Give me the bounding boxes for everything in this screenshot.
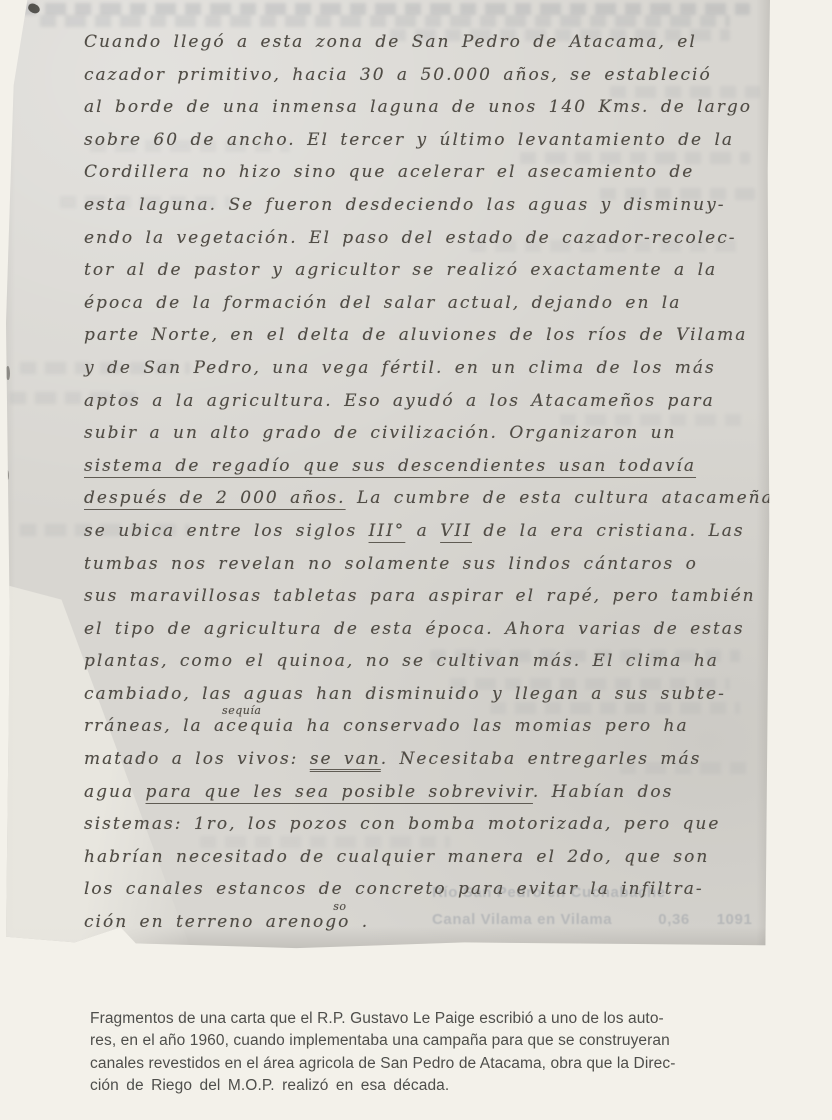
inserted-correction: so (333, 901, 346, 912)
letter-text: go (325, 912, 350, 932)
handwritten-line: ción en terreno arenosogo . (84, 906, 760, 939)
letter-text-underlined: VII (440, 521, 472, 541)
handwritten-line: tor al de pastor y agricultor se realizó… (84, 254, 760, 287)
letter-text: subir a un alto grado de civilización. O… (84, 423, 677, 443)
caption-line: Fragmentos de una carta que el R.P. Gust… (90, 1008, 750, 1030)
handwritten-line: rráneas, la sequíaacequia ha conservado … (84, 710, 760, 743)
letter-text: se ubica entre los siglos (84, 521, 369, 541)
handwritten-line: después de 2 000 años. La cumbre de esta… (84, 482, 760, 515)
bleedthrough-streak (20, 3, 750, 15)
letter-text: matado a los vivos: (84, 749, 310, 769)
letter-text-underlined: sistema de regadío que sus descendientes… (84, 456, 696, 476)
letter-text: . Habían dos (533, 782, 673, 802)
letter-text: ha conservado las momias pero ha (295, 716, 688, 736)
handwritten-line: aptos a la agricultura. Eso ayudó a los … (84, 385, 760, 418)
letter-text: habrían necesitado de cualquier manera e… (84, 847, 709, 867)
letter-text: plantas, como el quinoa, no se cultivan … (84, 651, 719, 671)
letter-text: . Necesitaba entregarles más (381, 749, 702, 769)
handwritten-line: parte Norte, en el delta de aluviones de… (84, 319, 760, 352)
handwritten-line: sistemas: 1ro, los pozos con bomba motor… (84, 808, 760, 841)
ink-speck (6, 470, 9, 480)
page-caption: Fragmentos de una carta que el R.P. Gust… (90, 1008, 750, 1098)
scanned-letter: Río San Pedro en Cuchabache Canal Vilama… (6, 0, 770, 950)
letter-text: . (350, 912, 369, 932)
letter-text: endo la vegetación. El paso del estado d… (84, 228, 737, 248)
letter-text: el tipo de agricultura de esta época. Ah… (84, 619, 745, 639)
letter-text-underlined: III° (369, 521, 406, 541)
letter-text: La cumbre de esta cultura atacameña (346, 488, 774, 508)
corrected-word: sogo (325, 912, 350, 932)
letter-text: de la era cristiana. Las (472, 521, 745, 541)
letter-text: cazador primitivo, hacia 30 a 50.000 año… (84, 65, 712, 85)
handwritten-line: cazador primitivo, hacia 30 a 50.000 año… (84, 59, 760, 92)
letter-text: y de San Pedro, una vega fértil. en un c… (84, 358, 716, 378)
handwritten-line: plantas, como el quinoa, no se cultivan … (84, 645, 760, 678)
handwritten-line: al borde de una inmensa laguna de unos 1… (84, 91, 760, 124)
handwritten-line: Cordillera no hizo sino que acelerar el … (84, 156, 760, 189)
caption-line: canales revestidos en el área agricola d… (90, 1053, 750, 1075)
letter-text: Cordillera no hizo sino que acelerar el … (84, 162, 694, 182)
letter-text: al borde de una inmensa laguna de unos 1… (84, 97, 752, 117)
caption-line: res, en el año 1960, cuando implementaba… (90, 1030, 750, 1052)
letter-text-underlined: después de 2 000 años. (84, 488, 346, 508)
letter-text: tumbas nos revelan no solamente sus lind… (84, 554, 698, 574)
handwritten-line: tumbas nos revelan no solamente sus lind… (84, 548, 760, 581)
handwritten-line: endo la vegetación. El paso del estado d… (84, 222, 760, 255)
inserted-correction: sequía (222, 705, 261, 716)
letter-text: los canales estancos de concreto para ev… (84, 879, 704, 899)
letter-text: cambiado, las aguas han disminuido y lle… (84, 684, 726, 704)
letter-text: aptos a la agricultura. Eso ayudó a los … (84, 391, 715, 411)
handwritten-line: agua para que les sea posible sobrevivir… (84, 776, 760, 809)
letter-text: rráneas, la (84, 716, 214, 736)
ink-speck (6, 366, 10, 380)
letter-text: a (405, 521, 440, 541)
letter-text: tor al de pastor y agricultor se realizó… (84, 260, 717, 280)
handwritten-line: sistema de regadío que sus descendientes… (84, 450, 760, 483)
book-page: Río San Pedro en Cuchabache Canal Vilama… (0, 0, 832, 1120)
letter-text-double-underlined: se van (310, 749, 381, 769)
handwritten-line: y de San Pedro, una vega fértil. en un c… (84, 352, 760, 385)
letter-text: sobre 60 de ancho. El tercer y último le… (84, 130, 734, 150)
caption-line: ción de Riego del M.O.P. realizó en esa … (90, 1075, 750, 1097)
letter-text: Cuando llegó a esta zona de San Pedro de… (84, 32, 697, 52)
handwritten-line: sobre 60 de ancho. El tercer y último le… (84, 124, 760, 157)
handwritten-line: el tipo de agricultura de esta época. Ah… (84, 613, 760, 646)
handwritten-line: los canales estancos de concreto para ev… (84, 873, 760, 906)
letter-text: agua (84, 782, 146, 802)
letter-text-underlined: para que les sea posible sobrevivir (146, 782, 533, 802)
handwritten-line: época de la formación del salar actual, … (84, 287, 760, 320)
letter-text: acequia (214, 716, 295, 736)
letter-text: época de la formación del salar actual, … (84, 293, 681, 313)
letter-text: sus maravillosas tabletas para aspirar e… (84, 586, 756, 606)
handwritten-line: matado a los vivos: se van. Necesitaba e… (84, 743, 760, 776)
handwritten-line: se ubica entre los siglos III° a VII de … (84, 515, 760, 548)
letter-text: esta laguna. Se fueron desdeciendo las a… (84, 195, 725, 215)
handwritten-line: habrían necesitado de cualquier manera e… (84, 841, 760, 874)
handwritten-line: esta laguna. Se fueron desdeciendo las a… (84, 189, 760, 222)
letter-text: parte Norte, en el delta de aluviones de… (84, 325, 747, 345)
handwritten-line: sus maravillosas tabletas para aspirar e… (84, 580, 760, 613)
handwritten-line: Cuando llegó a esta zona de San Pedro de… (84, 26, 760, 59)
handwritten-line: cambiado, las aguas han disminuido y lle… (84, 678, 760, 711)
handwritten-letter-body: Cuando llegó a esta zona de San Pedro de… (84, 26, 760, 939)
handwritten-line: subir a un alto grado de civilización. O… (84, 417, 760, 450)
corrected-word: sequíaacequia (214, 716, 295, 736)
letter-text: sistemas: 1ro, los pozos con bomba motor… (84, 814, 720, 834)
letter-text: ción en terreno areno (84, 912, 325, 932)
